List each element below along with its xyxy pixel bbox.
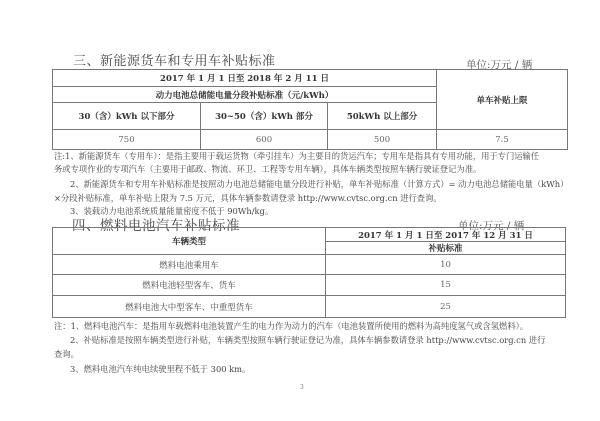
truck-subsidy-table: 2017 年 1 月 1 日至 2018 年 2 月 11 日 单车补贴上限 动… (52, 69, 568, 150)
value-0-30: 750 (53, 130, 201, 150)
vehicle-type-passenger: 燃料电池乘用车 (53, 255, 326, 275)
cap-value: 7.5 (437, 130, 568, 150)
fc-period-header: 2017 年 1 月 1 日至 2017 年 12 月 31 日 (326, 228, 566, 242)
section4-note-2b: 查询。 (54, 347, 79, 361)
cap-header: 单车补贴上限 (437, 70, 568, 130)
vehicle-type-light: 燃料电池轻型客车、货车 (53, 275, 326, 296)
value-30-50: 600 (201, 130, 328, 150)
standard-header: 补贴标准 (326, 242, 566, 255)
group-header: 动力电池总储能电量分段补贴标准（元/kWh） (53, 87, 437, 103)
section4-note-3: 3、燃料电池汽车纯电续驶里程不低于 300 km。 (70, 362, 250, 376)
subsidy-light: 15 (326, 275, 566, 296)
vehicle-type-heavy: 燃料电池大中型客车、中重型货车 (53, 296, 326, 318)
col-header-50plus: 50kWh 以上部分 (328, 103, 437, 130)
subsidy-passenger: 10 (326, 255, 566, 275)
value-50plus: 500 (328, 130, 437, 150)
period-header: 2017 年 1 月 1 日至 2018 年 2 月 11 日 (53, 70, 437, 87)
fuel-cell-subsidy-table: 车辆类型 2017 年 1 月 1 日至 2017 年 12 月 31 日 补贴… (52, 227, 566, 318)
col-header-30-50: 30~50（含）kWh 部分 (201, 103, 328, 130)
section3-note-2b: ×分段补贴标准，单车补贴上限为 7.5 万元，具体车辆参数请登录 http://… (54, 191, 442, 205)
section4-note-2a: 2、补贴标准是按照车辆类型进行补贴，车辆类型按照车辆行驶证登记为准，具体车辆参数… (70, 333, 545, 347)
col-header-0-30: 30（含）kWh 以下部分 (53, 103, 201, 130)
section3-title: 三、新能源货车和专用车补贴标准 (73, 50, 276, 69)
section3-note-1a: 注:1、新能源货车（专用车）：是指主要用于载运货物（牵引挂车）为主要目的货运汽车… (54, 149, 539, 163)
subsidy-heavy: 25 (326, 296, 566, 318)
section3-note-2a: 2、新能源货车和专用车补贴标准是按照动力电池总储能电量分段进行补贴，单车补贴标准… (70, 177, 568, 191)
section3-note-1b: 务或专项作业的专项汽车（主要用于邮政、物流、环卫、工程等专用车辆），具体车辆类型… (54, 162, 481, 176)
vehicle-type-header: 车辆类型 (53, 228, 326, 255)
section4-note-1: 注：1、燃料电池汽车：是指用车载燃料电池装置产生的电力作为动力的汽车（电池装置所… (54, 319, 528, 333)
page-number: 3 (300, 384, 304, 391)
